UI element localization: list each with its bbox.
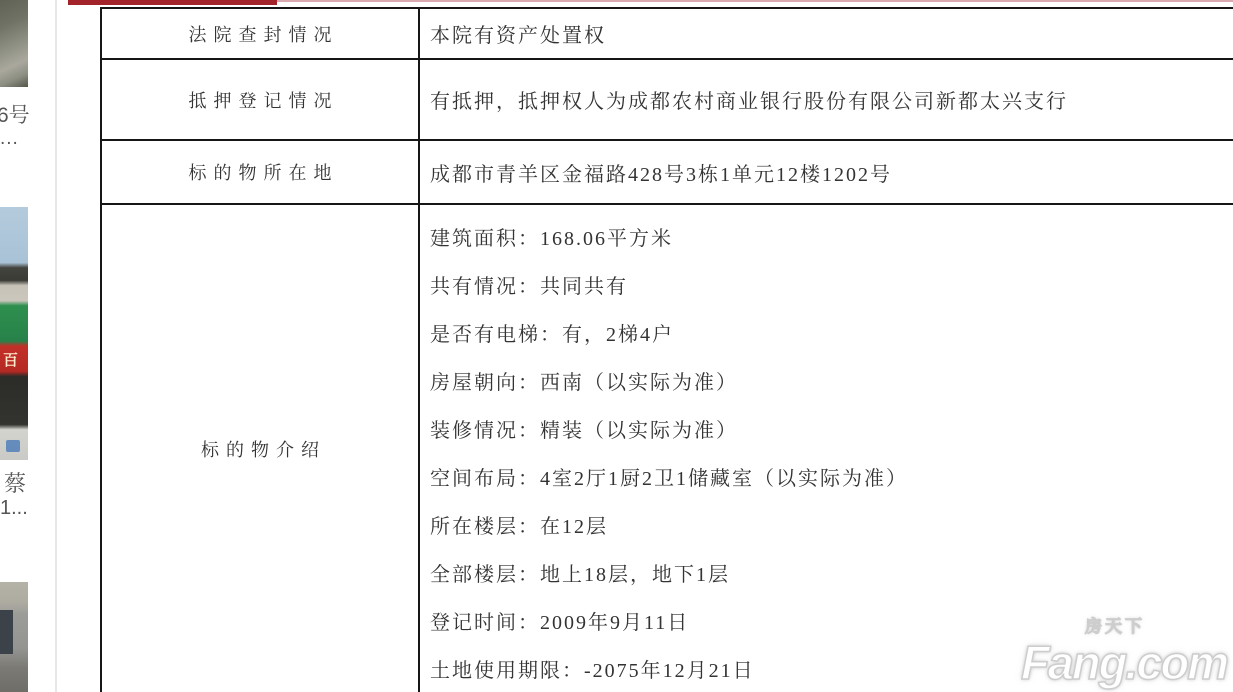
table-row: 标的物介绍 建筑面积：168.06平方米 共有情况：共同共有 是否有电梯：有，2… (102, 205, 1233, 692)
listing-thumbnail[interactable] (0, 582, 28, 692)
listing-title[interactable]: 蔡 (4, 467, 26, 498)
row-label-mortgage-registration: 抵押登记情况 (102, 60, 420, 139)
page: 6号 ... 百 蔡 1... 法院查封情况 本院有资产处置权 抵押登记情况 有… (0, 0, 1233, 692)
listing-thumbnail[interactable]: 百 (0, 207, 28, 460)
photo-detail (0, 610, 13, 654)
intro-line-orientation: 房屋朝向：西南（以实际为准） (430, 359, 1233, 407)
row-label-property-introduction: 标的物介绍 (102, 205, 420, 692)
intro-line-decoration: 装修情况：精装（以实际为准） (430, 407, 1233, 455)
table-row: 抵押登记情况 有抵押，抵押权人为成都农村商业银行股份有限公司新都太兴支行 (102, 60, 1233, 141)
intro-line-elevator: 是否有电梯：有，2梯4户 (430, 311, 1233, 359)
row-value-court-seizure: 本院有资产处置权 (420, 9, 1233, 58)
row-value-mortgage-registration: 有抵押，抵押权人为成都农村商业银行股份有限公司新都太兴支行 (420, 60, 1233, 139)
intro-line-registration-date: 登记时间：2009年9月11日 (430, 599, 1233, 647)
auction-detail-table: 法院查封情况 本院有资产处置权 抵押登记情况 有抵押，抵押权人为成都农村商业银行… (100, 7, 1233, 692)
row-label-property-location: 标的物所在地 (102, 141, 420, 203)
listing-title-ellipsis[interactable]: ... (0, 128, 19, 150)
intro-line-co-ownership: 共有情况：共同共有 (430, 263, 1233, 311)
sidebar-divider (55, 0, 57, 692)
row-value-property-introduction: 建筑面积：168.06平方米 共有情况：共同共有 是否有电梯：有，2梯4户 房屋… (420, 205, 1233, 692)
intro-line-layout: 空间布局：4室2厅1厨2卫1储藏室（以实际为准） (430, 455, 1233, 503)
active-tab-underline (68, 0, 277, 5)
intro-line-land-use-term: 土地使用期限：-2075年12月21日 (430, 647, 1233, 692)
listing-title[interactable]: 6号 (0, 99, 30, 129)
listing-thumbnail[interactable] (0, 0, 28, 87)
intro-line-total-floors: 全部楼层：地上18层，地下1层 (430, 551, 1233, 599)
listing-title-ellipsis[interactable]: 1... (0, 497, 28, 520)
intro-line-floor: 所在楼层：在12层 (430, 503, 1233, 551)
table-row: 标的物所在地 成都市青羊区金福路428号3栋1单元12楼1202号 (102, 141, 1233, 205)
row-label-court-seizure: 法院查封情况 (102, 9, 420, 58)
row-value-property-location: 成都市青羊区金福路428号3栋1单元12楼1202号 (420, 141, 1233, 203)
photo-detail (6, 440, 20, 452)
intro-line-building-area: 建筑面积：168.06平方米 (430, 215, 1233, 263)
storefront-sign-text: 百 (3, 349, 18, 370)
table-row: 法院查封情况 本院有资产处置权 (102, 9, 1233, 60)
